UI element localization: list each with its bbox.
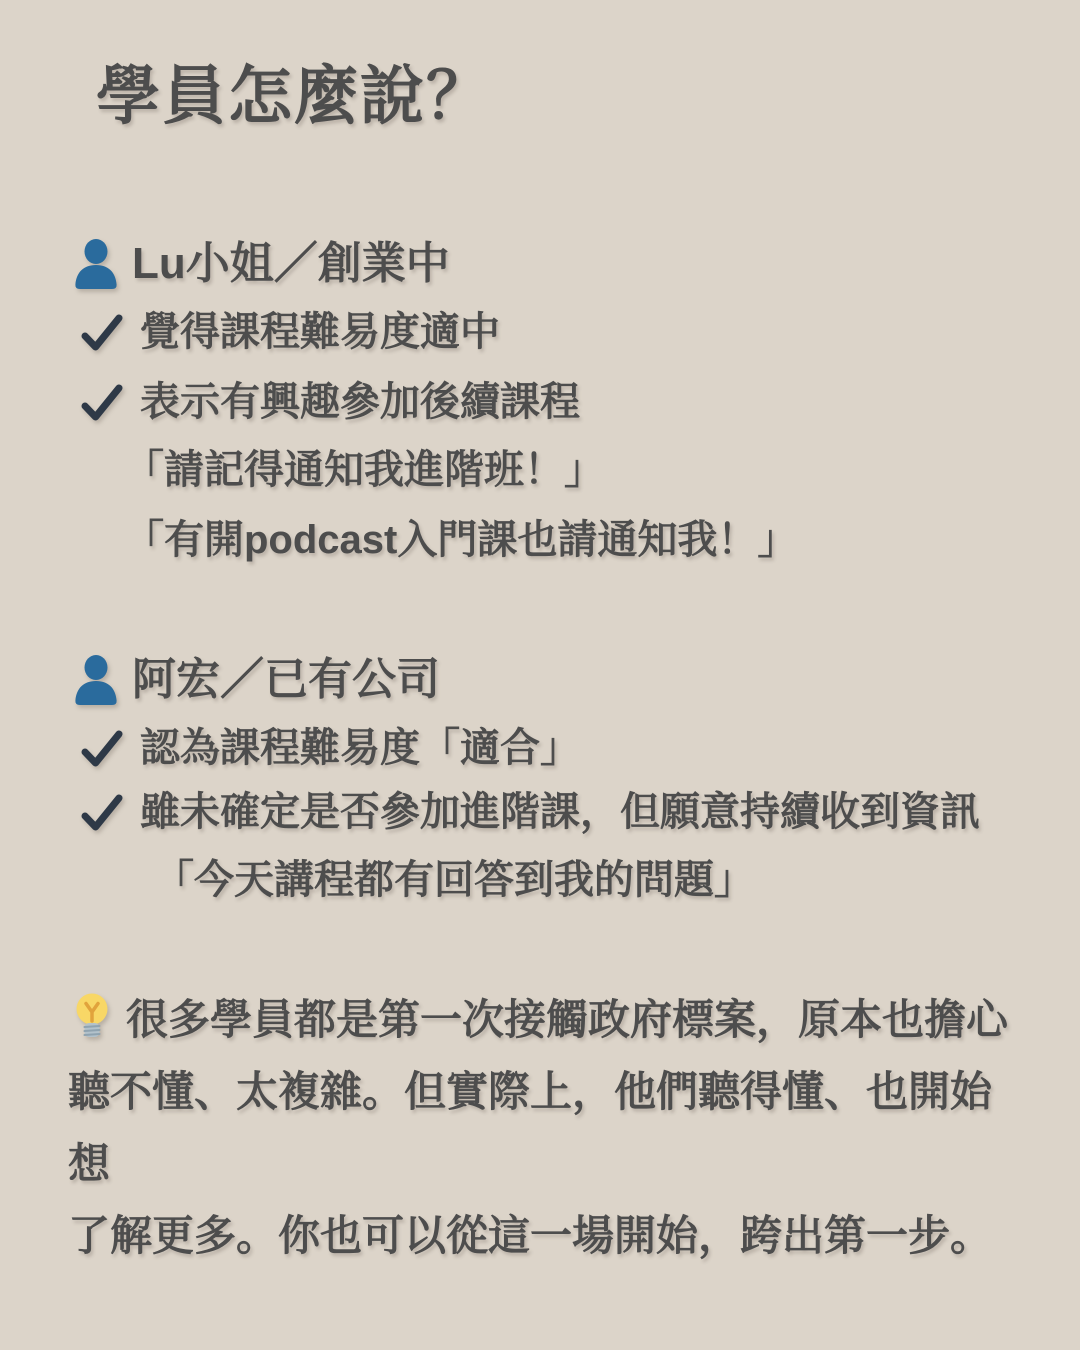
check-icon [80, 727, 124, 771]
quote-line: 「有開podcast入門課也請通知我！」 [70, 516, 1080, 564]
person-icon [74, 654, 118, 706]
testimonial-header: Lu小姐／創業中 [70, 236, 1080, 292]
quote-line: 「請記得通知我進階班！」 [70, 446, 1080, 494]
checklist-item: 表示有興趣參加後續課程 [70, 378, 1080, 426]
testimonial-header: 阿宏／已有公司 [70, 652, 1080, 708]
summary-line: 很多學員都是第一次接觸政府標案，原本也擔心 [68, 984, 1022, 1056]
student-name: 阿宏／已有公司 [132, 652, 440, 708]
checklist-text: 認為課程難易度「適合」 [140, 724, 580, 772]
summary-line: 聽不懂、太複雜。但實際上，他們聽得懂、也開始想 [68, 1056, 1022, 1200]
page-title: 學員怎麼說？ [96, 56, 1080, 136]
summary-note: 很多學員都是第一次接觸政府標案，原本也擔心 聽不懂、太複雜。但實際上，他們聽得懂… [68, 984, 1022, 1272]
lightbulb-icon [68, 990, 116, 1044]
quote-line: 「今天講程都有回答到我的問題」 [70, 856, 1080, 904]
checklist-item: 認為課程難易度「適合」 [70, 724, 1080, 772]
summary-text: 很多學員都是第一次接觸政府標案，原本也擔心 [126, 996, 1008, 1043]
student-name: Lu小姐／創業中 [132, 236, 450, 292]
testimonial-card: 學員怎麼說？ Lu小姐／創業中 覺得課程難易度適中 [0, 0, 1080, 1350]
checklist-text: 雖未確定是否參加進階課，但願意持續收到資訊 [140, 788, 980, 836]
checklist-item: 覺得課程難易度適中 [70, 308, 1080, 356]
check-icon [80, 791, 124, 835]
checklist-item: 雖未確定是否參加進階課，但願意持續收到資訊 [70, 788, 1080, 836]
person-icon [74, 238, 118, 290]
checklist-text: 表示有興趣參加後續課程 [140, 378, 580, 426]
check-icon [80, 311, 124, 355]
testimonial-section-1: Lu小姐／創業中 覺得課程難易度適中 表示有興趣參加後續課程 「請記得通知我進階… [0, 236, 1080, 564]
testimonial-section-2: 阿宏／已有公司 認為課程難易度「適合」 雖未確定是否參加進階課，但願意持續收到資… [0, 652, 1080, 904]
check-icon [80, 381, 124, 425]
checklist-text: 覺得課程難易度適中 [140, 308, 500, 356]
summary-line: 了解更多。你也可以從這一場開始，跨出第一步。 [68, 1200, 1022, 1272]
